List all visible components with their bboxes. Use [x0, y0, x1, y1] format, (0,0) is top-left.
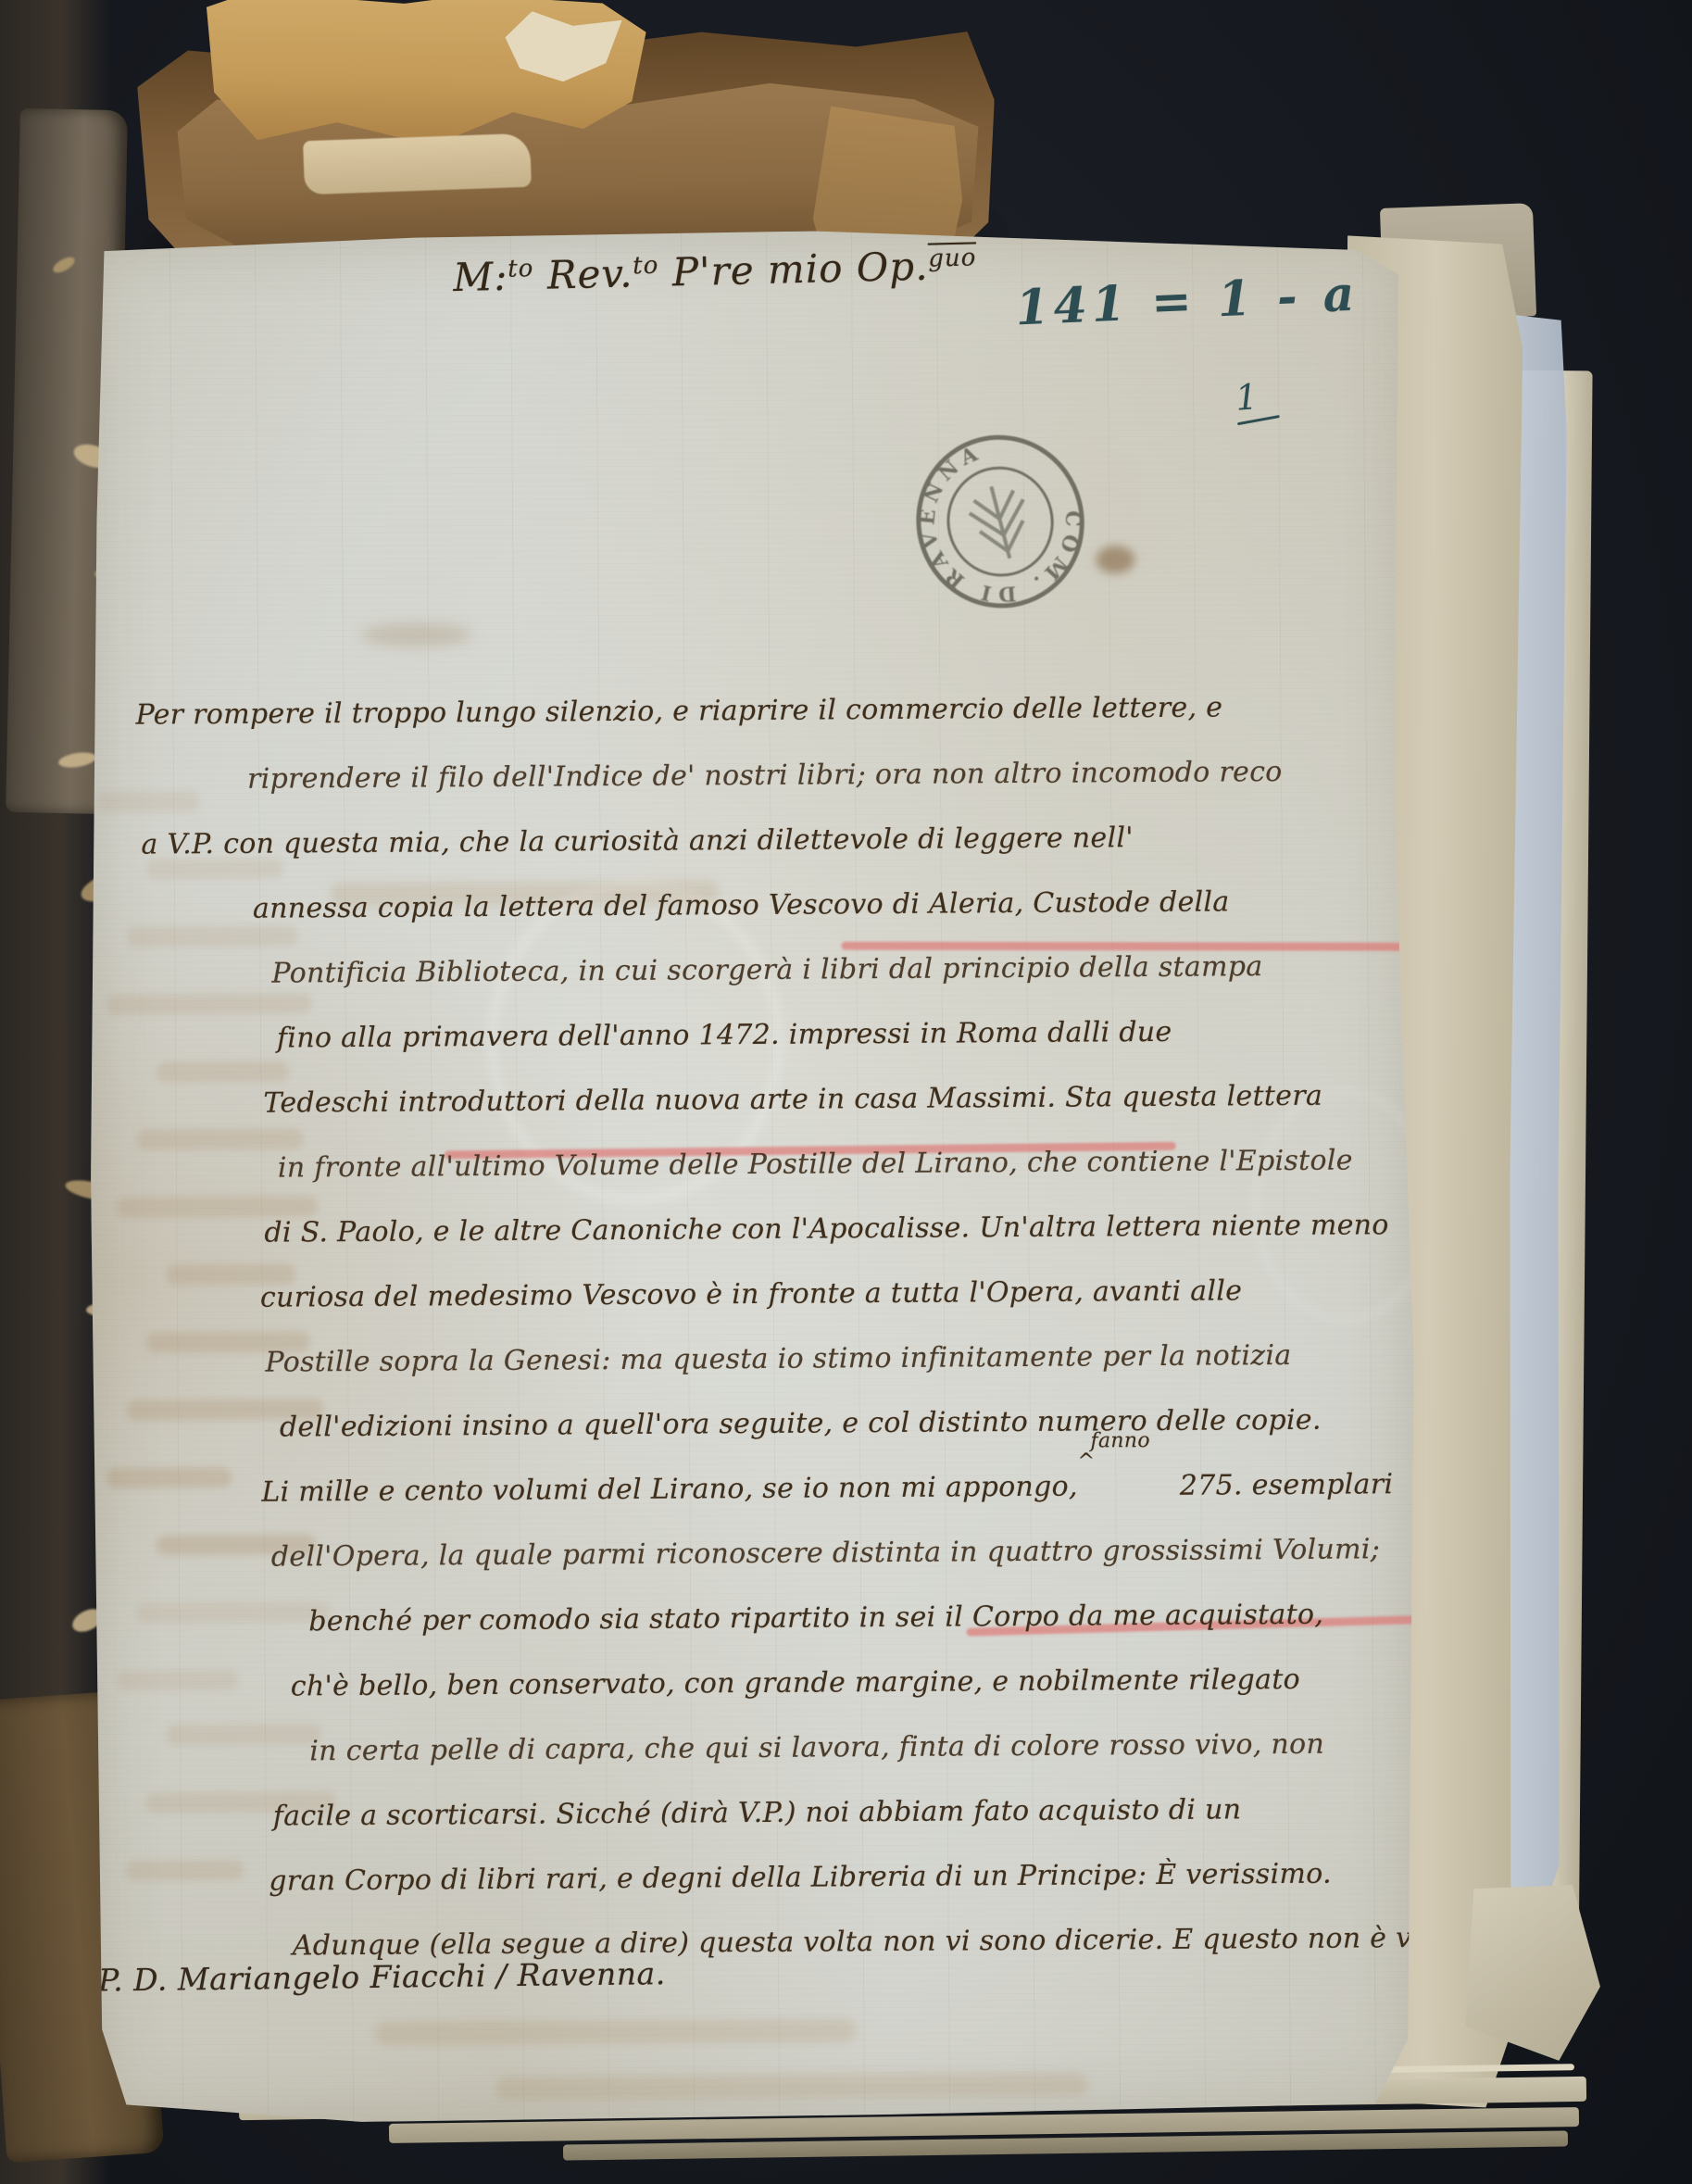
letter-line: dell'Opera, la quale parmi riconoscere d…	[271, 1517, 1424, 1590]
line-text: Li mille e cento volumi del Lirano, se i…	[261, 1471, 1078, 1509]
showthrough-smudge	[126, 1860, 244, 1881]
letter-line: gran Corpo di libri rari, e degni della …	[269, 1841, 1426, 1914]
letter-line: Per rompere il troppo lungo silenzio, e …	[135, 674, 1418, 748]
showthrough-smudge	[107, 1467, 232, 1488]
folio-number-digit: 1	[1234, 376, 1259, 419]
letter-line: Pontificia Biblioteca, in cui scorgerà i…	[271, 934, 1420, 1007]
line-text: 275. esemplari	[1180, 1468, 1394, 1502]
letter-line: facile a scorticarsi. Sicché (dirà V.P.)…	[273, 1776, 1426, 1850]
signature-line: P. D. Mariangelo Fiacchi / Ravenna.	[98, 1955, 666, 1998]
letter-line: Tedeschi introduttori della nuova arte i…	[263, 1063, 1421, 1136]
cream-paper-strip	[303, 133, 532, 195]
showthrough-smudge	[374, 2018, 856, 2046]
showthrough-smudge	[117, 1670, 238, 1691]
archive-photo-scene: M:to Rev.to P're mio Op.guo 141 = 1 - a …	[0, 0, 1692, 2184]
archive-stamp: COM. DI RAVENNA	[905, 425, 1095, 617]
letter-line: annessa copia la lettera del famoso Vesc…	[253, 869, 1420, 942]
letter-line: di S. Paolo, e le altre Canoniche con l'…	[264, 1193, 1422, 1266]
folio-number: 1	[1234, 374, 1280, 422]
letter-line: curiosa del medesimo Vescovo è in fronte…	[260, 1258, 1423, 1331]
fray-thread	[57, 750, 97, 770]
insertion-word: fanno	[1090, 1432, 1149, 1450]
salutation-superscript: to	[508, 255, 534, 283]
showthrough-smudge	[495, 2072, 1088, 2100]
letter-line: fino alla primavera dell'anno 1472. impr…	[277, 998, 1421, 1072]
salutation-part: Rev.	[533, 250, 633, 298]
fray-thread	[51, 254, 78, 275]
salutation-superscript: guo	[928, 244, 977, 272]
manuscript-page: M:to Rev.to P're mio Op.guo 141 = 1 - a …	[84, 227, 1422, 2124]
letter-line: benché per comodo sia stato ripartito in…	[308, 1582, 1424, 1654]
letter-body: Per rompere il troppo lungo silenzio, e …	[260, 674, 1427, 1979]
salutation-part: M:	[453, 254, 508, 300]
letter-line: a V.P. con questa mia, che la curiosità …	[141, 804, 1419, 878]
interlinear-insertion: ^fanno	[1078, 1463, 1180, 1501]
letter-line: ch'è bello, ben conservato, con grande m…	[291, 1647, 1425, 1720]
salutation-superscript: to	[633, 252, 659, 281]
salutation-part: P're mio Op.	[658, 244, 929, 295]
letter-line: dell'edizioni insino a quell'ora seguite…	[280, 1387, 1423, 1461]
pine-tree-emblem	[964, 480, 1036, 565]
letter-line: riprendere il filo dell'Indice de' nostr…	[247, 739, 1419, 812]
showthrough-smudge	[97, 791, 199, 812]
letter-line: in fronte all'ultimo Volume delle Postil…	[278, 1128, 1422, 1201]
letter-line: Postille sopra la Genesi: ma questa io s…	[265, 1323, 1423, 1396]
letter-line-with-insertion: Li mille e cento volumi del Lirano, se i…	[261, 1452, 1423, 1525]
letter-line: in certa pelle di capra, che qui si lavo…	[309, 1712, 1425, 1784]
insertion-caret: ^	[1078, 1452, 1096, 1471]
